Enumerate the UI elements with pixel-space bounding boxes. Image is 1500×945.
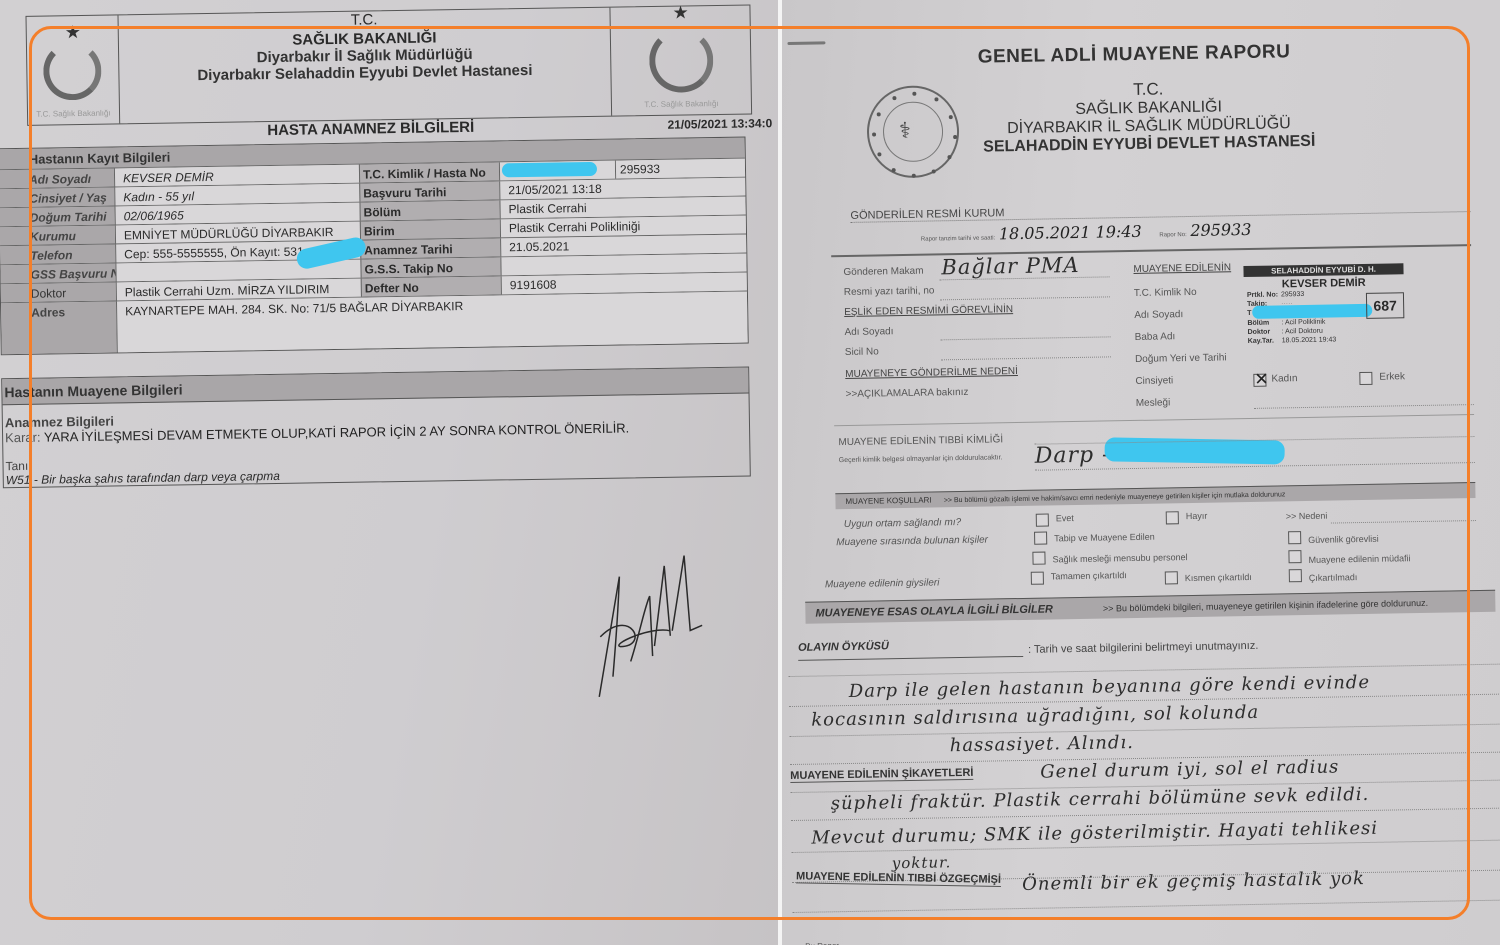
medical-history-label: MUAYENE EDİLENİN TIBBİ ÖZGEÇMİŞİ	[796, 870, 1001, 887]
conditions-band-note: >> Bu bölümü gözaltı işlemi ve hakim/sav…	[944, 491, 1286, 504]
q1-reason-label: >> Nedeni	[1286, 511, 1328, 522]
gender-female-label: Kadın	[1271, 373, 1297, 384]
report-datetime-value: 18.05.2021 19:43	[999, 222, 1142, 243]
q2-opt4-checkbox[interactable]	[1288, 550, 1301, 563]
star-icon: ★	[672, 2, 688, 23]
doctor-signature	[589, 535, 722, 707]
row-label: G.S.S. Takip No	[360, 257, 500, 277]
medical-identity-heading: MUAYENE EDİLENİN TIBBİ KİMLİĞİ	[838, 434, 1003, 448]
examination-heading: Hastanın Muayene Bilgileri	[2, 368, 748, 406]
logo-caption: T.C. Sağlık Bakanlığı	[28, 108, 119, 118]
doctor: Plastik Cerrahi Uzm. MİRZA YILDIRIM	[116, 279, 361, 301]
gender-male-label: Erkek	[1379, 371, 1405, 382]
report-no-value: 295933	[1190, 220, 1251, 240]
logo-caption: T.C. Sağlık Bakanlığı	[612, 98, 751, 109]
incident-history-note: : Tarih ve saat bilgilerini belirtmeyi u…	[1028, 640, 1258, 656]
report-datetime-label: Rapor tanzim tarihi ve saati:	[921, 235, 995, 242]
ministry-logo-right: ★ T.C. Sağlık Bakanlığı	[609, 5, 751, 115]
row-label: Birim	[360, 219, 500, 239]
gender-male-checkbox[interactable]	[1359, 372, 1372, 385]
sender-authority-value: Bağlar PMA	[941, 253, 1080, 279]
row-label: Anamnez Tarihi	[360, 238, 500, 258]
complaints-label: MUAYENE EDİLENİN ŞİKAYETLERİ	[790, 767, 973, 783]
patient-name: KEVSER DEMİR	[114, 165, 359, 187]
examinee-heading: MUAYENE EDİLENİN	[1133, 262, 1231, 275]
q2-opt3-checkbox[interactable]	[1288, 531, 1301, 544]
examinee-name-label: Adı Soyadı	[1134, 309, 1183, 321]
row-label: Telefon	[0, 244, 115, 264]
patient-number: 295933	[615, 159, 745, 179]
sticker-regdate-value: 18.05.2021 19:43	[1282, 336, 1337, 344]
row-label: Doğum Tarihi	[0, 206, 115, 226]
section-divider	[831, 244, 1471, 257]
row-label: Defter No	[361, 276, 501, 296]
report-title: GENEL ADLİ MUAYENE RAPORU	[978, 41, 1291, 68]
sticker-number-box: 687	[1366, 292, 1404, 319]
incident-band-note: >> Bu bölümdeki bilgileri, muayeneye get…	[1103, 598, 1428, 614]
history-handwriting-line: kocasının saldırısına uğradığını, sol ko…	[811, 702, 1259, 731]
examinee-father-label: Baba Adı	[1135, 331, 1176, 343]
right-document-page: GENEL ADLİ MUAYENE RAPORU ⚕ T.C. SAĞLIK …	[782, 0, 1500, 945]
q2-opt2-checkbox[interactable]	[1032, 552, 1045, 565]
report-no-label: Rapor No:	[1159, 232, 1186, 238]
q-suitable-environment: Uygun ortam sağlandı mı?	[844, 517, 961, 530]
q2-opt1-label: Tabip ve Muayene Edilen	[1054, 532, 1155, 544]
decision-label: Karar:	[5, 430, 41, 446]
q2-opt3-label: Güvenlik görevlisi	[1308, 534, 1379, 545]
print-timestamp: 21/05/2021 13:34:0	[667, 116, 772, 132]
examinee-tc-label: T.C. Kimlik No	[1134, 287, 1197, 299]
sticker-doctor-value: : Acil Doktoru	[1282, 328, 1323, 336]
escort-name-label: Adı Soyadı	[844, 326, 893, 338]
registration-table: Hastanın Kayıt Bilgileri Adı Soyadı KEVS…	[0, 137, 749, 356]
row-label: Adres	[1, 301, 117, 354]
organization-header: T.C. SAĞLIK BAKANLIĞI DİYARBAKIR İL SAĞL…	[968, 77, 1329, 157]
sticker-protocol-value: 295933	[1281, 291, 1304, 298]
q3-opt1-label: Tamamen çıkartıldı	[1051, 570, 1127, 581]
examination-section: Hastanın Muayene Bilgileri Anamnez Bilgi…	[1, 367, 751, 489]
diagnosis-text: Bir başka şahıs tarafından darp veya çar…	[41, 469, 280, 487]
q3-opt2-label: Kısmen çıkartıldı	[1185, 572, 1252, 583]
escort-heading: EŞLİK EDEN RESMİMİ GÖREVLİNİN	[844, 304, 1013, 318]
q3-opt3-checkbox[interactable]	[1289, 569, 1302, 582]
q1-no-checkbox[interactable]	[1166, 511, 1179, 524]
sender-authority-label: Gönderen Makam	[843, 266, 923, 278]
row-label: Cinsiyet / Yaş	[0, 187, 114, 207]
caduceus-seal-icon: ⚕	[866, 85, 960, 179]
crescent-icon	[649, 28, 714, 93]
q3-opt1-checkbox[interactable]	[1031, 572, 1044, 585]
medical-history-handwriting: Önemli bir ek geçmiş hastalık yok	[1022, 868, 1365, 895]
referral-reason-heading: MUAYENEYE GÖNDERİLME NEDENİ	[845, 366, 1018, 380]
row-label: Adı Soyadı	[0, 168, 114, 188]
escort-registry-label: Sicil No	[845, 346, 879, 358]
q2-opt1-checkbox[interactable]	[1034, 532, 1047, 545]
redaction-mark	[502, 162, 597, 177]
sticker-hospital: SELAHADDİN EYYUBİ D. H.	[1243, 263, 1403, 277]
examinee-occupation-label: Mesleği	[1136, 397, 1171, 409]
official-letter-label: Resmi yazı tarihi, no	[844, 285, 935, 298]
history-handwriting-line: hassasiyet. Alındı.	[950, 732, 1134, 756]
examinee-birth-label: Doğum Yeri ve Tarihi	[1135, 352, 1227, 365]
gender-female-checkbox[interactable]	[1253, 374, 1266, 387]
medical-identity-value: Darp -	[1034, 442, 1110, 468]
q1-yes-label: Evet	[1056, 513, 1074, 523]
q3-opt2-checkbox[interactable]	[1165, 571, 1178, 584]
staple-mark	[787, 41, 825, 45]
address: KAYNARTEPE MAH. 284. SK. No: 71/5 BAĞLAR…	[116, 292, 748, 353]
star-icon: ★	[65, 22, 81, 43]
left-document-page: ★ T.C. Sağlık Bakanlığı T.C. SAĞLIK BAKA…	[0, 0, 778, 945]
findings-handwriting-line: yoktur.	[892, 853, 952, 872]
q-clothing: Muayene edilenin giysileri	[825, 577, 940, 590]
incident-history-label: OLAYIN ÖYKÜSÜ	[798, 638, 1023, 661]
row-label: Başvuru Tarihi	[359, 181, 499, 201]
medical-identity-note: Geçerli kimlik belgesi olmayanlar için d…	[839, 454, 1003, 464]
row-label: GSS Başvuru No	[0, 263, 115, 283]
q-persons-present: Muayene sırasında bulunan kişiler	[836, 535, 988, 549]
referral-reason-value: >>AÇIKLAMALARA bakınız	[846, 387, 969, 400]
conditions-band-label: MUAYENE KOŞULLARI	[845, 496, 931, 507]
row-label: T.C. Kimlik / Hasta No	[359, 162, 499, 182]
crescent-icon	[43, 42, 102, 101]
row-label: Bölüm	[359, 200, 499, 220]
sticker-department-value: : Acil Poliklinik	[1281, 319, 1325, 327]
register-no: 9191608	[501, 273, 747, 295]
report-datetime-line: Rapor tanzim tarihi ve saati: 18.05.2021…	[921, 220, 1268, 245]
incident-band: MUAYENEYE ESAS OLAYLA İLGİLİ BİLGİLER>> …	[805, 590, 1495, 624]
footer-partial-text: Bu Rapor, ...	[805, 941, 850, 945]
q2-opt4-label: Muayene edilenin müdafii	[1308, 553, 1410, 565]
tc-id-redacted	[499, 161, 615, 181]
complaints-handwriting-line: şüpheli fraktür. Plastik cerrahi bölümün…	[831, 784, 1370, 814]
incident-band-label: MUAYENEYE ESAS OLAYLA İLGİLİ BİLGİLER	[815, 603, 1053, 619]
patient-label-sticker: SELAHADDİN EYYUBİ D. H. KEVSER DEMİR Prt…	[1243, 263, 1405, 366]
sticker-regdate-label: Kay.Tar.	[1248, 336, 1282, 346]
redaction-mark	[1252, 304, 1372, 319]
row-label: Kurumu	[0, 225, 115, 245]
q2-opt2-label: Sağlık mesleği mensubu personel	[1052, 552, 1187, 564]
diagnosis-code: W51	[6, 473, 31, 487]
q1-yes-checkbox[interactable]	[1036, 513, 1049, 526]
complaints-handwriting-line: Genel durum iyi, sol el radius	[1040, 756, 1339, 782]
examinee-gender-label: Cinsiyeti	[1135, 375, 1173, 387]
ministry-logo-left: ★ T.C. Sağlık Bakanlığı	[27, 15, 121, 124]
row-label: Doktor	[1, 282, 116, 302]
section-divider	[834, 414, 1474, 426]
q1-no-label: Hayır	[1186, 511, 1208, 521]
sent-institution-label: GÖNDERİLEN RESMİ KURUM	[850, 199, 1470, 223]
document-title: HASTA ANAMNEZ BİLGİLERİ	[267, 119, 474, 139]
conditions-band: MUAYENE KOŞULLARI >> Bu bölümü gözaltı i…	[835, 482, 1475, 509]
hospital-header: ★ T.C. Sağlık Bakanlığı T.C. SAĞLIK BAKA…	[25, 4, 752, 125]
q3-opt3-label: Çıkartılmadı	[1309, 572, 1358, 583]
